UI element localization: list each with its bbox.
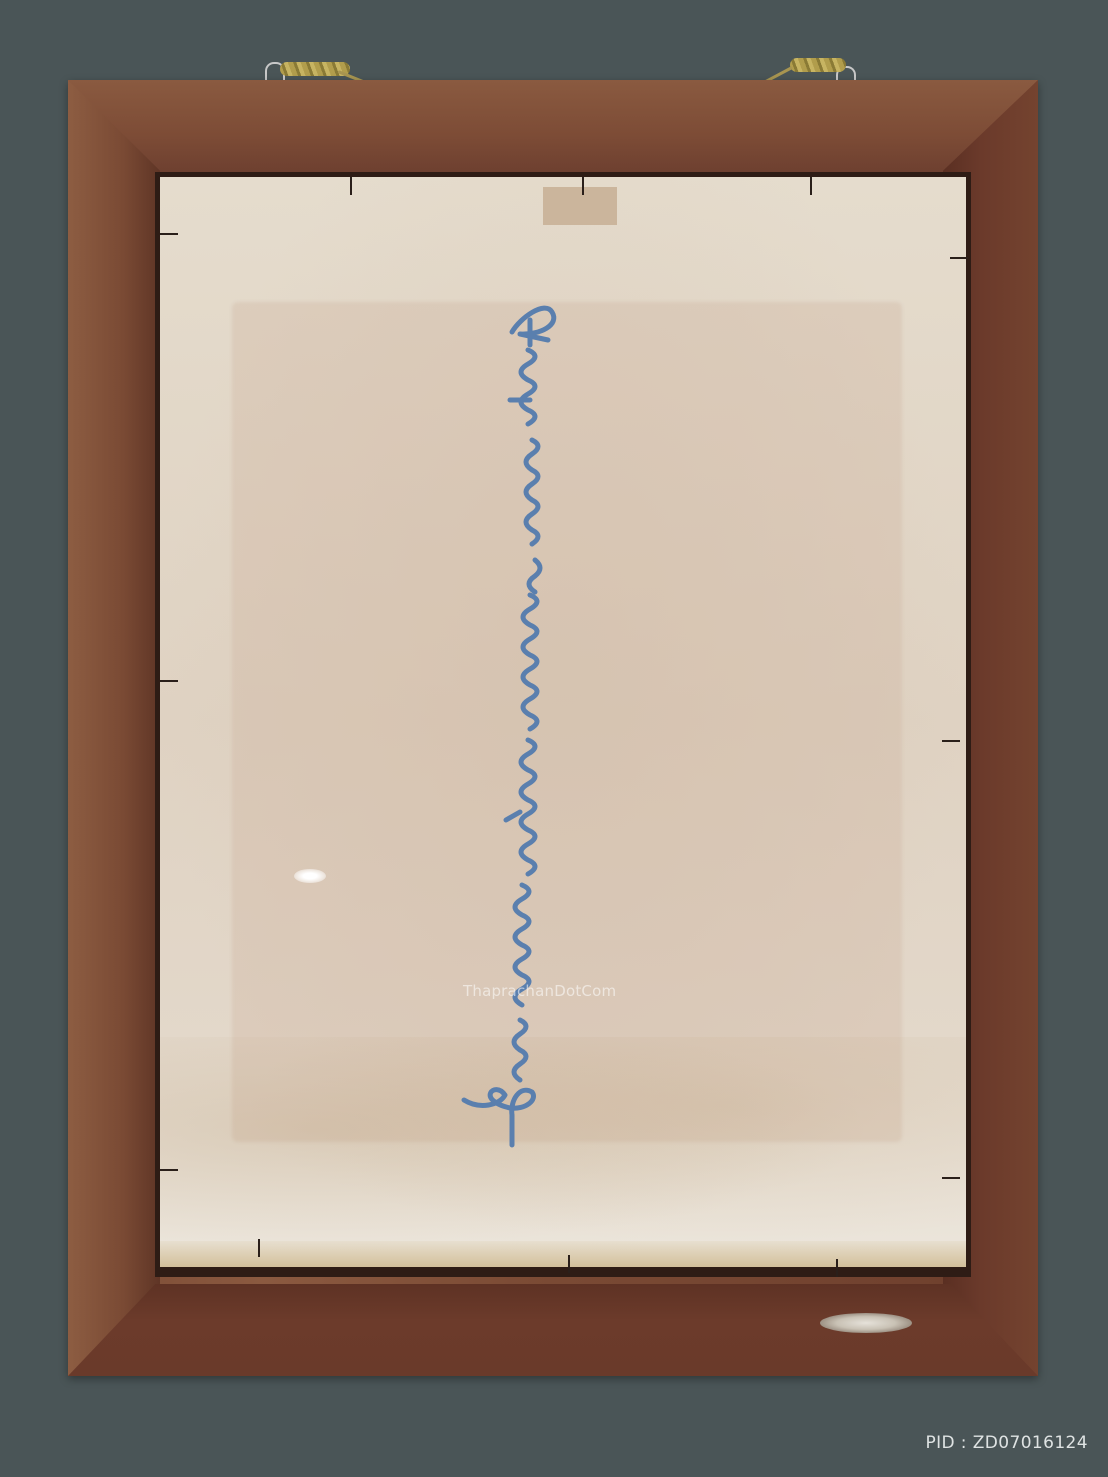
pid-caption: PID : ZD07016124 xyxy=(925,1433,1088,1453)
watermark-text: ThaprachanDotCom xyxy=(463,982,616,1000)
handwritten-script xyxy=(0,0,1108,1477)
framed-manuscript-photo: ThaprachanDotCom PID : ZD07016124 xyxy=(0,0,1108,1477)
